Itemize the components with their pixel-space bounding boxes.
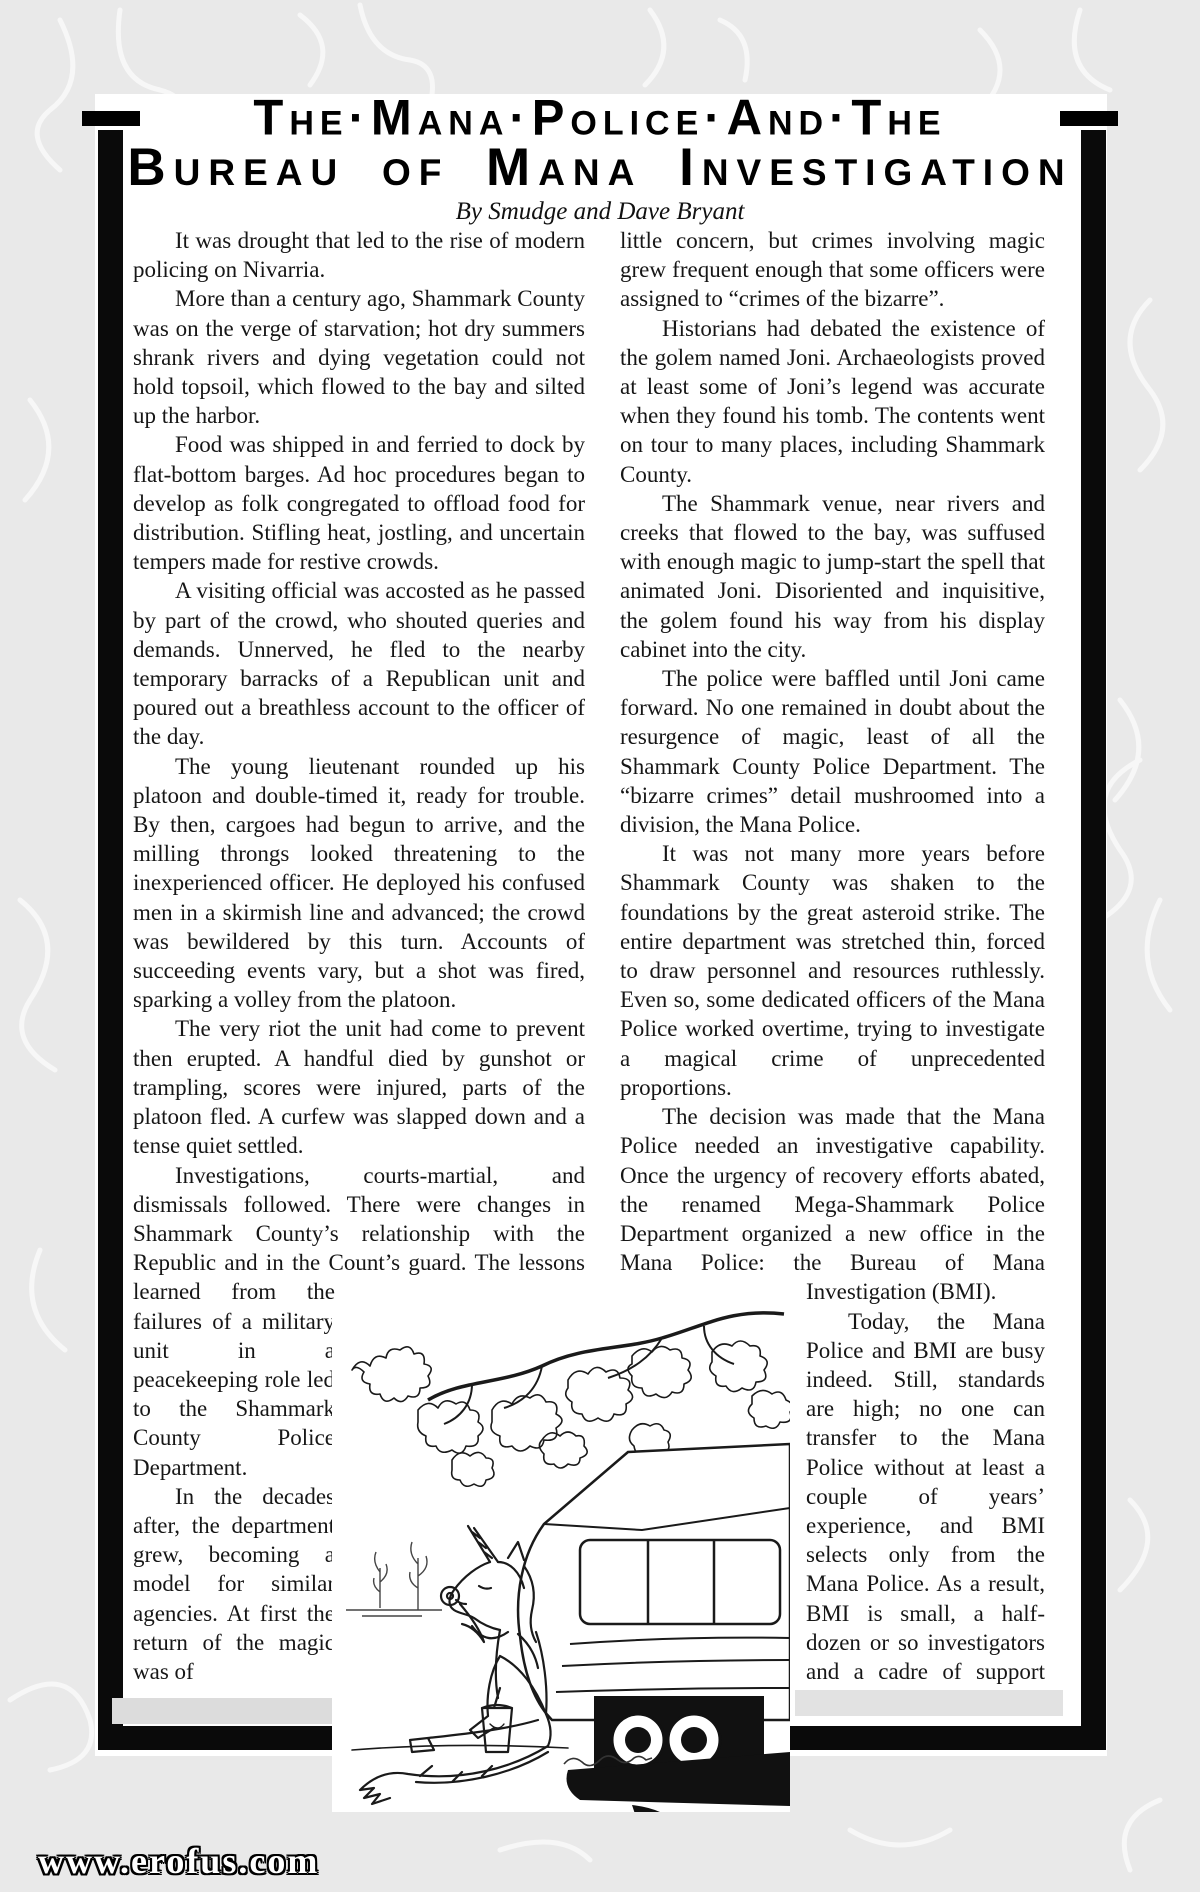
- title-dash-right-icon: [1060, 111, 1118, 126]
- paragraph: The police were baffled until Joni came …: [620, 664, 1045, 839]
- paragraph: More than a century ago, Shammark County…: [133, 284, 585, 430]
- page-border-left: [98, 130, 123, 1750]
- title-dash-left-icon: [82, 111, 140, 126]
- faint-handwriting-band: [795, 1690, 1063, 1716]
- watermark: www.erofus.com: [38, 1840, 319, 1882]
- paragraph: It was not many more years before Shamma…: [620, 839, 1045, 1102]
- paragraph: It was drought that led to the rise of m…: [133, 226, 585, 284]
- paragraph: The young lieutenant rounded up his plat…: [133, 752, 585, 1015]
- paragraph: A visiting official was accosted as he p…: [133, 576, 585, 751]
- unicorn-car-tree-illustration: [332, 1300, 790, 1812]
- byline: By Smudge and Dave Bryant: [82, 198, 1118, 226]
- paragraph: The very riot the unit had come to preve…: [133, 1014, 585, 1160]
- paragraph: little concern, but crimes involving mag…: [620, 226, 1045, 314]
- page-border-right: [1081, 130, 1106, 1750]
- paragraph: Food was shipped in and ferried to dock …: [133, 430, 585, 576]
- paragraph: Historians had debated the existence of …: [620, 314, 1045, 489]
- paragraph: The Shammark venue, near rivers and cree…: [620, 489, 1045, 664]
- paragraph: The decision was made that the Mana Poli…: [620, 1102, 1045, 1306]
- scanned-comic-page: { "page": { "title_line1": "The·Mana·Pol…: [0, 0, 1200, 1892]
- title-row: The·Mana·Police·And·The: [82, 94, 1118, 142]
- article-header: The·Mana·Police·And·The Bureau of Mana I…: [82, 94, 1118, 226]
- article-title-line2: Bureau of Mana Investigation: [82, 142, 1118, 194]
- article-title-line1: The·Mana·Police·And·The: [140, 94, 1060, 143]
- illustration-panel: [332, 1300, 790, 1812]
